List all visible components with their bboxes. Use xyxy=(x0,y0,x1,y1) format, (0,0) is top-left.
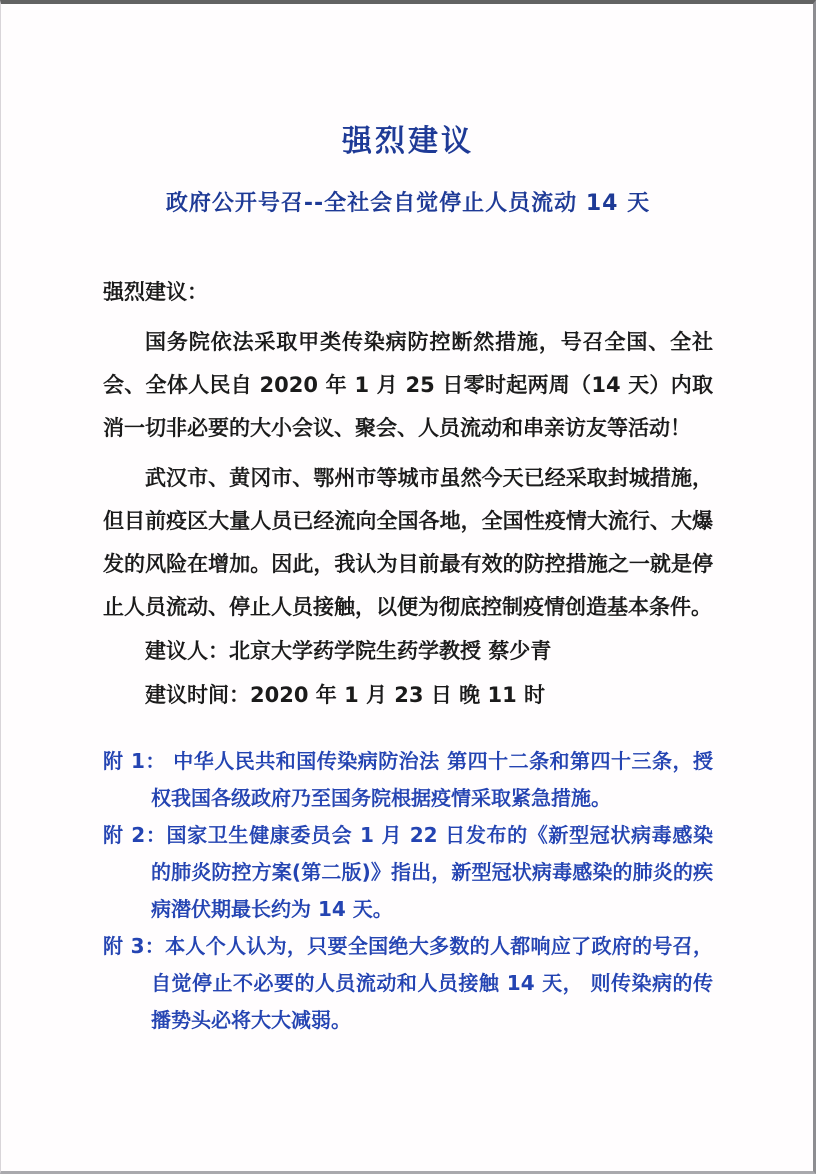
body-paragraph-1: 国务院依法采取甲类传染病防控断然措施，号召全国、全社会、全体人民自 2020 年… xyxy=(103,321,713,450)
appendix-1-label: 附 1： xyxy=(103,749,166,773)
appendix-item-3: 附 3：本人个人认为，只要全国绝大多数的人都响应了政府的号召，自觉停止不必要的人… xyxy=(103,928,713,1039)
page-subtitle: 政府公开号召--全社会自觉停止人员流动 14 天 xyxy=(103,186,713,217)
appendix-1-text: 中华人民共和国传染病防治法 第四十二条和第四十三条，授权我国各级政府乃至国务院根… xyxy=(151,749,713,810)
document-page: 强烈建议 政府公开号召--全社会自觉停止人员流动 14 天 强烈建议： 国务院依… xyxy=(0,0,816,1174)
appendix-item-1: 附 1： 中华人民共和国传染病防治法 第四十二条和第四十三条，授权我国各级政府乃… xyxy=(103,743,713,817)
appendices-section: 附 1： 中华人民共和国传染病防治法 第四十二条和第四十三条，授权我国各级政府乃… xyxy=(103,743,713,1039)
appendix-3-text: 本人个人认为，只要全国绝大多数的人都响应了政府的号召，自觉停止不必要的人员流动和… xyxy=(151,934,713,1032)
appendix-item-2: 附 2：国家卫生健康委员会 1 月 22 日发布的《新型冠状病毒感染的肺炎防控方… xyxy=(103,817,713,928)
proposer-line: 建议人：北京大学药学院生药学教授 蔡少青 xyxy=(103,629,713,673)
appendix-3-label: 附 3： xyxy=(103,934,165,958)
body-paragraph-2: 武汉市、黄冈市、鄂州市等城市虽然今天已经采取封城措施，但目前疫区大量人员已经流向… xyxy=(103,457,713,629)
salutation-line: 强烈建议： xyxy=(103,271,713,314)
appendix-2-label: 附 2： xyxy=(103,823,166,847)
page-title: 强烈建议 xyxy=(103,116,713,160)
appendix-2-text: 国家卫生健康委员会 1 月 22 日发布的《新型冠状病毒感染的肺炎防控方案(第二… xyxy=(151,823,713,921)
proposal-time-line: 建议时间：2020 年 1 月 23 日 晚 11 时 xyxy=(103,673,713,717)
